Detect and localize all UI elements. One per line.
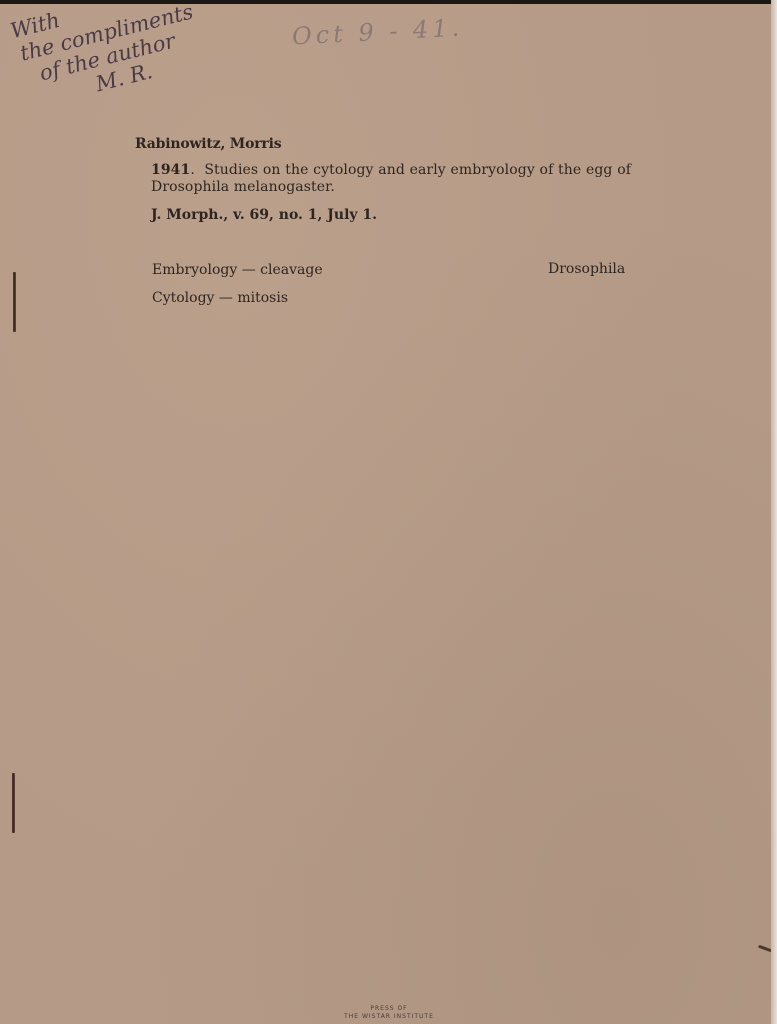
handwritten-date: Oct 9 - 41. [291, 14, 463, 51]
year-period: . [190, 162, 204, 178]
subject-term: Cytology — mitosis [152, 290, 288, 306]
imprint-line: THE WISTAR INSTITUTE [300, 1013, 478, 1021]
edge-mark [758, 945, 772, 953]
imprint-line: PRESS OF [300, 1005, 478, 1013]
organism-term: Drosophila [548, 261, 625, 277]
citation: 1941. Studies on the cytology and early … [151, 162, 631, 196]
right-page-edge [771, 0, 777, 1024]
author-name: Rabinowitz, Morris [135, 136, 281, 152]
journal-reference: J. Morph., v. 69, no. 1, July 1. [151, 207, 377, 223]
staple-bottom [12, 773, 15, 833]
staple-top [13, 272, 16, 332]
publication-year: 1941 [151, 162, 190, 178]
subject-term: Embryology — cleavage [152, 262, 323, 278]
press-imprint: PRESS OF THE WISTAR INSTITUTE [300, 1005, 478, 1021]
handwritten-inscription: With the compliments of the author M. R. [8, 0, 207, 113]
article-title: Studies on the cytology and early embryo… [151, 162, 631, 195]
reprint-cover: With the compliments of the author M. R.… [0, 4, 771, 1024]
